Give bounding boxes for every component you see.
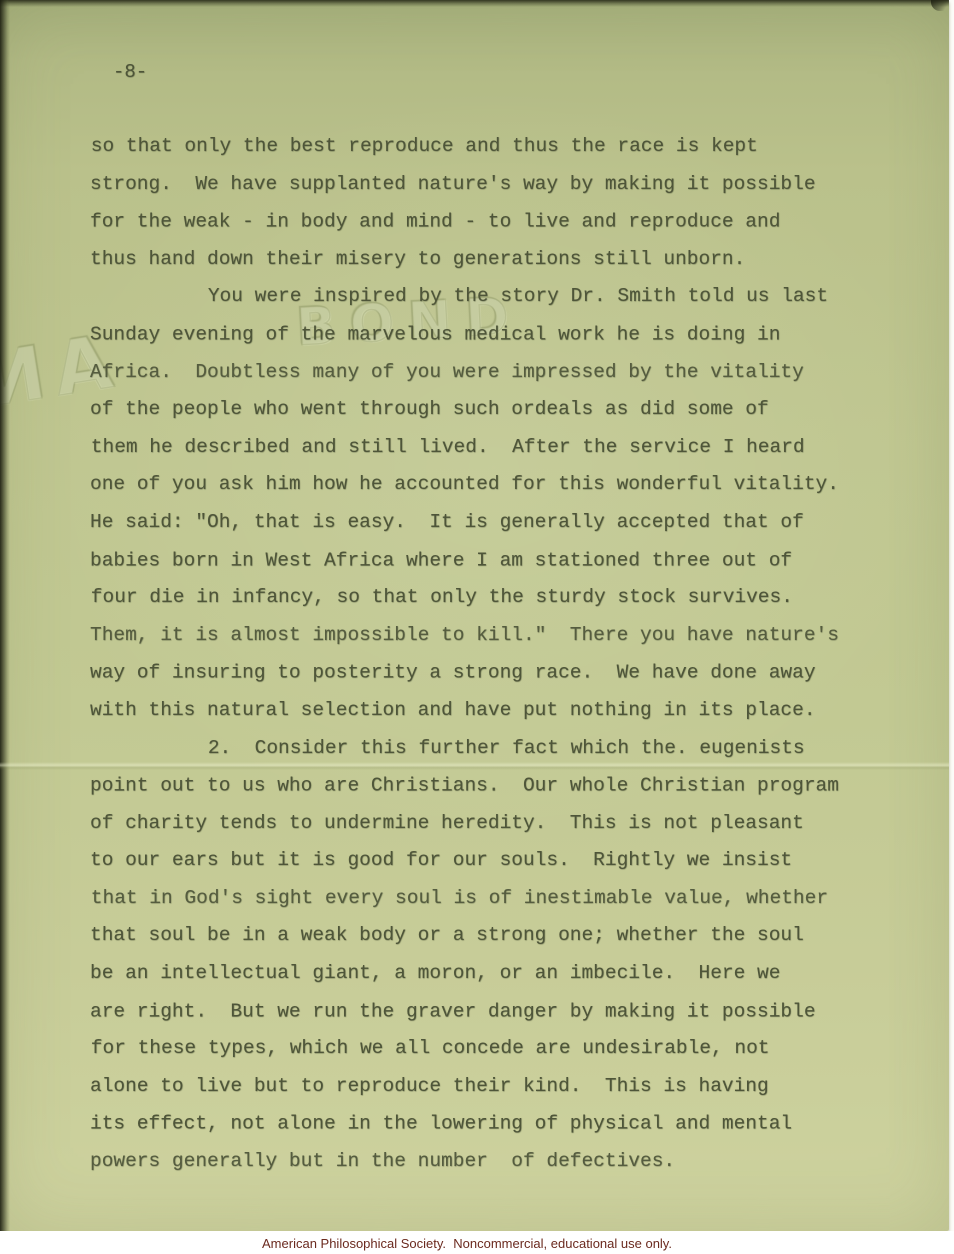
text-line: to our ears but it is good for our souls…	[90, 842, 920, 880]
typewritten-text: so that only the best reproduce and thus…	[90, 128, 920, 1181]
text-line: so that only the best reproduce and thus…	[91, 128, 921, 166]
text-line: Sunday evening of the marvelous medical …	[90, 317, 920, 355]
text-line: strong. We have supplanted nature's way …	[90, 166, 920, 204]
text-line: point out to us who are Christians. Our …	[90, 768, 920, 806]
text-line: way of insuring to posterity a strong ra…	[90, 655, 920, 693]
text-line: powers generally but in the number of de…	[90, 1143, 920, 1181]
text-line: of the people who went through such orde…	[90, 391, 920, 429]
text-line: that soul be in a weak body or a strong …	[90, 917, 920, 955]
scan-corner-mark	[931, 0, 949, 11]
text-line: 2. Consider this further fact which the.…	[91, 730, 921, 768]
scan-edge-top	[0, 0, 949, 7]
text-line: be an intellectual giant, a moron, or an…	[90, 955, 920, 993]
text-line: thus hand down their misery to generatio…	[90, 241, 920, 279]
archive-strip: American Philosophical Society. Noncomme…	[0, 1231, 954, 1254]
document-page: BOND ANNEBUIT -8- so that only the best …	[0, 0, 949, 1231]
text-line: Them, it is almost impossible to kill." …	[90, 617, 920, 655]
text-line: Africa. Doubtless many of you were impre…	[90, 354, 920, 392]
text-line: four die in infancy, so that only the st…	[91, 579, 921, 617]
text-line: its effect, not alone in the lowering of…	[90, 1106, 920, 1144]
text-line: of charity tends to undermine heredity. …	[90, 805, 920, 843]
text-line: You were inspired by the story Dr. Smith…	[91, 278, 921, 316]
text-line: He said: "Oh, that is easy. It is genera…	[90, 504, 920, 542]
text-line: one of you ask him how he accounted for …	[90, 466, 920, 504]
text-line: babies born in West Africa where I am st…	[90, 542, 920, 580]
scan-edge-left	[0, 0, 10, 1231]
text-line: that in God's sight every soul is of ine…	[91, 880, 921, 918]
credit-line: American Philosophical Society. Noncomme…	[0, 1236, 934, 1251]
page-number: -8-	[113, 61, 147, 83]
text-line: for these types, which we all concede ar…	[91, 1030, 921, 1068]
text-line: alone to live but to reproduce their kin…	[90, 1068, 920, 1106]
text-line: with this natural selection and have put…	[90, 692, 920, 730]
text-line: are right. But we run the graver danger …	[90, 993, 920, 1031]
text-line: for the weak - in body and mind - to liv…	[90, 204, 920, 242]
scanned-document: BOND ANNEBUIT -8- so that only the best …	[0, 0, 954, 1254]
text-line: them he described and still lived. After…	[91, 429, 921, 467]
